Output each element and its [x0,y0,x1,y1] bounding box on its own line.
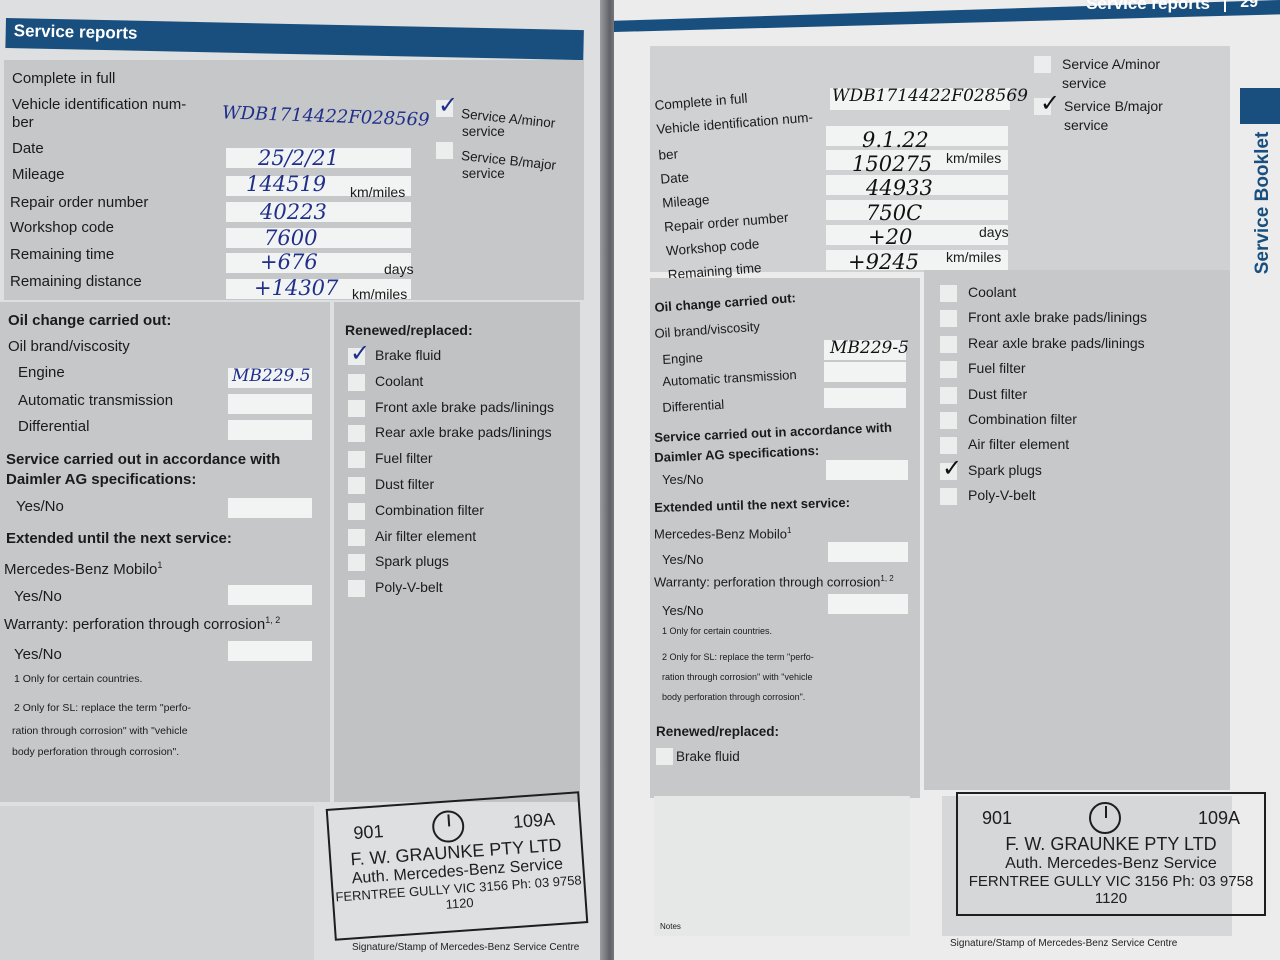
r-engine-label: Engine [662,350,703,367]
renewed-checkbox[interactable] [348,451,365,468]
signature-label: Signature/Stamp of Mercedes-Benz Service… [352,942,579,953]
r-vin-value: WDB1714422F028569 [832,86,1028,106]
mileage-label: Mileage [12,166,65,183]
footnote-2c: body perforation through corrosion". [12,746,179,758]
r-brake-fluid-label: Brake fluid [676,749,740,764]
r-warranty-label-text: Warranty: perforation through corrosion [654,574,880,589]
footnote-2b: ration through corrosion" with "vehicle [12,725,188,737]
r-mobilo-sup: 1 [787,526,791,535]
daimler-yes-no-field[interactable] [228,498,312,518]
mobilo-label-text: Mercedes-Benz Mobilo [4,561,157,578]
left-notes-area [0,806,314,960]
right-page: Service reports 29 Service Booklet Compl… [614,0,1280,960]
side-label: Service Booklet [1244,130,1278,290]
renewed-checkbox[interactable] [940,361,957,378]
daimler-heading-2: Daimler AG specifications: [6,471,196,488]
renewed-checkbox[interactable] [348,477,365,494]
notes-area [654,796,910,936]
workshop-code-value: 7600 [264,226,317,250]
renewed-checkbox[interactable] [348,529,365,546]
renewed-item-label: Combination filter [375,502,484,518]
service-b-label-2: service [462,166,505,181]
side-label-text: Service Booklet [1252,128,1274,278]
workshop-code-label: Workshop code [10,219,114,236]
renewed-item-label: Coolant [968,284,1016,300]
r-service-a-label: Service A/minor [1062,56,1160,72]
renewed-checkbox[interactable] [348,580,365,597]
r-date-value: 9.1.22 [862,128,929,152]
mobilo-yes-no-field[interactable] [228,585,312,605]
mobilo-sup: 1 [157,560,162,570]
differential-label: Differential [18,418,89,435]
repair-order-value: 40223 [260,200,327,224]
r-warranty-yes-no-field[interactable] [828,594,908,614]
checkmark-icon: ✓ [1040,92,1060,116]
r-signature-label: Signature/Stamp of Mercedes-Benz Service… [950,938,1177,949]
r-warranty-sup: 1, 2 [880,574,893,583]
renewed-item-label: Combination filter [968,411,1077,427]
r-auto-trans-field[interactable] [824,362,906,382]
renewed-item-label: Brake fluid [375,347,441,363]
r-renewed-heading: Renewed/replaced: [656,724,779,739]
mobilo-label: Mercedes-Benz Mobilo1 [4,560,162,578]
engine-label: Engine [18,364,65,381]
r-vin-label: Vehicle identification num- [656,110,814,137]
checkmark-icon: ✓ [942,457,962,481]
r-warranty-label: Warranty: perforation through corrosion1… [654,574,894,589]
r-mobilo-label: Mercedes-Benz Mobilo1 [654,526,791,541]
left-header-bar: Service reports [5,18,584,60]
r-service-a-label-2: service [1062,75,1106,91]
vin-label-2: ber [12,114,34,131]
remaining-distance-value: +14307 [254,276,338,300]
r-service-b-label-2: service [1064,117,1108,133]
r-warranty-yes-no: Yes/No [662,603,703,618]
renewed-checkbox[interactable] [940,285,957,302]
remaining-distance-label: Remaining distance [10,273,142,290]
renewed-checkbox[interactable] [940,310,957,327]
renewed-checkbox[interactable] [348,425,365,442]
mileage-unit: km/miles [350,184,405,200]
warranty-label: Warranty: perforation through corrosion1… [4,615,280,633]
daimler-yes-no-label: Yes/No [16,498,64,515]
checkmark-icon: ✓ [438,94,458,118]
renewed-checkbox[interactable] [940,387,957,404]
remaining-time-value: +676 [260,250,318,274]
renewed-item-label: Coolant [375,373,423,389]
r-workshop-code-value: 750C [866,201,922,225]
renewed-checkbox[interactable] [940,437,957,454]
workshop-code-field[interactable] [226,228,411,248]
renewed-item-label: Spark plugs [375,553,449,569]
differential-field[interactable] [228,420,312,440]
r-repair-order-label: Repair order number [664,210,789,235]
side-tab [1240,88,1280,124]
renewed-item-label: Rear axle brake pads/linings [968,335,1145,351]
footnote-1: 1 Only for certain countries. [14,673,142,685]
extended-heading: Extended until the next service: [6,530,232,547]
renewed-checkbox[interactable] [940,488,957,505]
renewed-heading: Renewed/replaced: [345,322,473,338]
renewed-item-label: Front axle brake pads/linings [375,399,554,415]
r-mileage-value: 150275 [852,152,932,176]
remaining-time-label: Remaining time [10,246,114,263]
renewed-checkbox[interactable] [348,374,365,391]
renewed-item-label: Air filter element [375,528,476,544]
r-mobilo-yes-no-field[interactable] [828,542,908,562]
r-footnote-2a: 2 Only for SL: replace the term "perfo- [662,652,814,662]
mileage-value: 144519 [246,172,326,196]
renewed-item-label: Poly-V-belt [968,487,1036,503]
left-page: Service reports Complete in full Vehicle… [0,0,606,960]
renewed-item-label: Rear axle brake pads/linings [375,424,552,440]
renewed-item-label: Fuel filter [375,450,433,466]
complete-in-full-label: Complete in full [12,70,115,87]
r-stamp-code-right: 109A [1198,808,1240,829]
warranty-sup: 1, 2 [265,615,280,625]
date-label: Date [12,140,44,157]
r-mileage-label: Mileage [662,192,710,211]
r-mobilo-label-text: Mercedes-Benz Mobilo [654,526,787,541]
renewed-item-label: Dust filter [968,386,1027,402]
footnote-2a: 2 Only for SL: replace the term "perfo- [14,702,191,714]
oil-brand-label: Oil brand/viscosity [8,338,130,355]
warranty-yes-no-field[interactable] [228,641,312,661]
right-header-title: Service reports [1086,0,1210,14]
repair-order-label: Repair order number [10,194,148,211]
renewed-checkbox[interactable] [940,336,957,353]
r-service-a-checkbox[interactable] [1034,56,1051,73]
left-header-title: Service reports [14,21,138,44]
oil-heading: Oil change carried out: [8,312,171,329]
workshop-stamp-right: 901109A F. W. GRAUNKE PTY LTD Auth. Merc… [956,792,1266,916]
stamp-code-right: 109A [512,809,555,833]
service-a-label-2: service [462,124,505,139]
renewed-checkbox[interactable] [348,503,365,520]
r-stamp-company: F. W. GRAUNKE PTY LTD [958,834,1264,855]
r-stamp-line2: Auth. Mercedes-Benz Service [958,855,1264,873]
mercedes-star-icon [1089,802,1121,834]
renewed-checkbox[interactable] [348,554,365,571]
checkmark-icon: ✓ [350,342,370,366]
r-mobilo-yes-no: Yes/No [662,552,703,567]
left-renewed-panel [334,302,580,802]
renewed-item-label: Dust filter [375,476,434,492]
r-daimler-yes-no-field[interactable] [826,460,908,480]
r-remaining-distance-unit: km/miles [946,249,1001,265]
r-footnote-1: 1 Only for certain countries. [662,626,772,636]
renewed-item-label: Front axle brake pads/linings [968,309,1147,325]
r-footnote-2b: ration through corrosion" with "vehicle [662,672,812,682]
r-daimler-yes-no: Yes/No [662,472,703,487]
page-number: 29 [1224,0,1258,12]
renewed-item-label: Air filter element [968,436,1069,452]
r-stamp-code-left: 901 [982,808,1012,829]
renewed-item-label: Fuel filter [968,360,1026,376]
r-remaining-distance-value: +9245 [848,250,919,274]
remaining-time-unit: days [384,261,414,277]
renewed-checkbox[interactable] [348,400,365,417]
mercedes-star-icon [431,809,465,843]
renewed-item-label: Poly-V-belt [375,579,443,595]
r-stamp-line3: FERNTREE GULLY VIC 3156 Ph: 03 9758 1120 [958,873,1264,907]
service-b-checkbox[interactable] [436,142,453,159]
warranty-yes-no-label: Yes/No [14,646,62,663]
stamp-code-left: 901 [353,821,384,844]
r-engine-value: MB229-5 [830,338,909,358]
r-remaining-time-value: +20 [868,225,912,249]
r-footnote-2c: body perforation through corrosion". [662,692,805,702]
r-remaining-time-unit: days [979,224,1009,240]
engine-value: MB229.5 [232,366,311,386]
r-repair-order-value: 44933 [866,176,933,200]
date-value: 25/2/21 [258,146,339,170]
r-mileage-unit: km/miles [946,150,1001,166]
r-date-label: Date [660,170,690,187]
r-brake-fluid-checkbox[interactable] [656,748,673,765]
renewed-checkbox[interactable] [940,412,957,429]
renewed-item-label: Spark plugs [968,462,1042,478]
r-differential-field[interactable] [824,388,906,408]
auto-trans-label: Automatic transmission [18,392,173,409]
notes-label: Notes [660,922,681,931]
workshop-stamp: 901109A F. W. GRAUNKE PTY LTD Auth. Merc… [326,791,589,940]
r-workshop-code-label: Workshop code [665,236,759,258]
r-vin-label-2: ber [658,146,679,162]
r-service-b-label: Service B/major [1064,98,1163,114]
auto-trans-field[interactable] [228,394,312,414]
warranty-label-text: Warranty: perforation through corrosion [4,616,265,633]
remaining-distance-unit: km/miles [352,286,407,302]
vin-label: Vehicle identification num- [12,96,186,113]
mobilo-yes-no-label: Yes/No [14,588,62,605]
daimler-heading: Service carried out in accordance with [6,451,280,468]
